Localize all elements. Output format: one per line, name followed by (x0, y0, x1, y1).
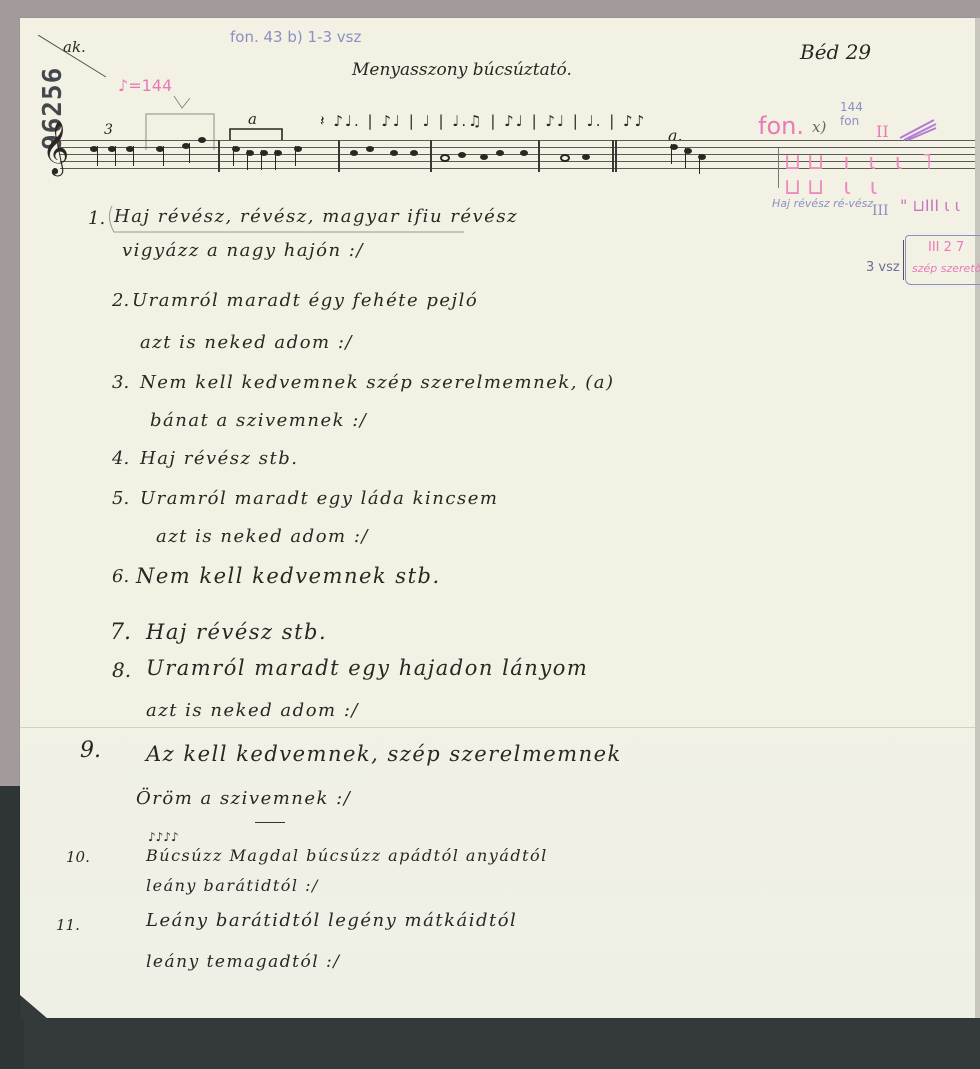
verse-number: 3. (112, 372, 129, 393)
verse-line: Nem kell kedvemnek stb. (136, 564, 441, 588)
verse-line: Uramról maradt égy fehéte pejló (132, 290, 478, 311)
verse-line: Leány barátidtól legény mátkáidtól (146, 910, 517, 931)
verse-line: leány temagadtól :/ (146, 952, 341, 972)
top-right-reference: Béd 29 (800, 40, 871, 64)
verse-line: azt is neked adom :/ (156, 526, 369, 547)
verse-number: 7. (110, 620, 131, 645)
archive-reference: fon. 43 b) 1-3 vsz (230, 28, 361, 46)
verse-line: azt is neked adom :/ (140, 332, 353, 353)
verse-number: 9. (80, 738, 101, 763)
bracket-line (903, 240, 904, 280)
triplet-mark: 3 (104, 122, 113, 138)
verse-number: 2. (112, 290, 129, 311)
verse-number: 10. (66, 848, 90, 866)
verse-number: 5. (112, 488, 129, 509)
verse-line: azt is neked adom :/ (146, 700, 359, 721)
verse-line: Az kell kedvemnek, szép szerelmemnek (146, 742, 622, 766)
verse-line: Uramról maradt egy hajadon lányom (146, 656, 588, 680)
three-verses-note: 3 vsz (866, 260, 900, 275)
treble-clef-icon: 𝄞 (42, 120, 69, 176)
verse-line: vigyázz a nagy hajón :/ (122, 240, 364, 261)
section-divider (255, 822, 285, 823)
verse-number: 8. (112, 658, 131, 682)
verse-rhythm-mark: ♪♪♪♪ (148, 830, 179, 844)
verse-line: bánat a szivemnek :/ (150, 410, 367, 431)
verse-line: Öröm a szivemnek :/ (136, 788, 351, 809)
sheet-fold-line (20, 727, 975, 728)
verse-number: 1. (88, 208, 105, 229)
verse-number: 6. (112, 566, 129, 587)
pink-staff-marks: ⊔⊔ ı ɩ ɩ ˥ ⊔⊔ ɩ ɩ (784, 150, 980, 200)
roman-three-bar: " ⊔III ɩ ɩ (900, 196, 960, 215)
tempo-annotation: 144 fon (840, 100, 870, 128)
boxed-note-bottom: szép szeretőm (912, 262, 980, 275)
annotation-x: x) (812, 118, 826, 136)
section-mark-a: a (248, 110, 257, 128)
page-title: Menyasszony búcsúztató. (352, 60, 572, 80)
strike-through-line (38, 35, 108, 80)
torn-corner (20, 995, 48, 1019)
verse-number: 4. (112, 448, 129, 469)
blue-lyric-caption: Haj révész ré-vész (772, 197, 873, 210)
verse-line: Uramról maradt egy láda kincsem (140, 488, 498, 509)
roman-three: III (872, 203, 889, 219)
pink-scribble (898, 116, 938, 142)
verse-underline-bracket (104, 204, 484, 238)
verse-line: Haj révész stb. (146, 620, 327, 644)
pink-annotation-fon: fon. (758, 112, 804, 140)
verse-line: leány barátidtól :/ (146, 876, 319, 895)
rhythm-line: 𝄽 ♪♩. | ♪♩ | ♩ | ♩.♫ | ♪♩ | ♪♩ | ♩. | ♪♪ (320, 112, 646, 130)
boxed-note-top: III 2 7 (928, 240, 964, 255)
roman-two: II (876, 122, 889, 141)
verse-line: Haj révész stb. (140, 448, 298, 469)
verse-line: Búcsúzz Magdal búcsúzz apádtól anyádtól (146, 846, 548, 865)
verse-line: Nem kell kedvemnek szép szerelmemnek, (a… (140, 372, 615, 393)
verse-number: 11. (56, 916, 80, 934)
